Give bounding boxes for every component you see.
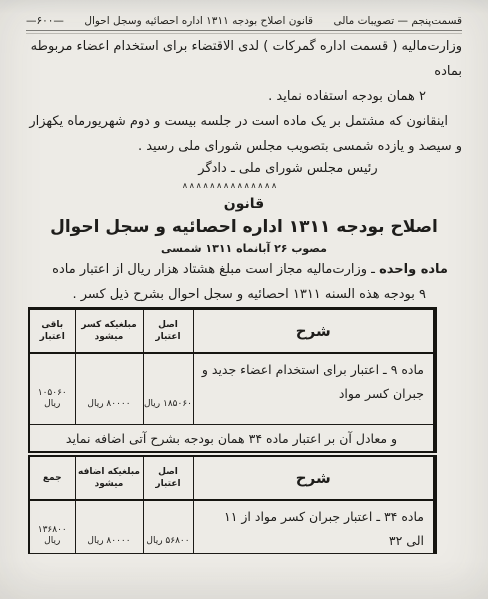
addition-table: شرح اصل اعتبار مبلغیکه اضافه میشود جمع م… <box>28 455 437 554</box>
article-lead: ماده واحده <box>379 262 448 277</box>
deduction-table-header-row: شرح اصل اعتبار مبلغیکه کسر میشود باقی اع… <box>29 309 435 353</box>
col-header-amount-added: مبلغیکه اضافه میشود <box>75 456 143 500</box>
addition-total-cell: ۱۳۶۸۰۰ ریال <box>29 500 75 554</box>
col-header-description2: شرح <box>193 456 435 500</box>
addition-description-cell: ماده ۳۴ ـ اعتبار جبران کسر مواد از ۱۱ ال… <box>193 500 435 554</box>
header-section-label: قسمت‌پنجم — تصویبات مالی <box>333 15 462 27</box>
header-law-title: قانون اصلاح بودجه ۱۳۱۱ اداره احصائیه وسج… <box>84 15 313 27</box>
addition-amount-cell: ۸۰۰۰۰ ریال <box>75 500 143 554</box>
running-header: قسمت‌پنجم — تصویبات مالی قانون اصلاح بود… <box>26 15 462 27</box>
deduction-original-credit-cell: ۱۸۵۰۶۰ ریال <box>143 353 193 425</box>
paragraph2-line2: و سیصد و یازده شمسی بتصویب مجلس شورای مل… <box>26 134 462 159</box>
deduction-amount-cell: ۸۰۰۰۰ ریال <box>75 353 143 425</box>
addition-description-line2: الی ۳۲ <box>198 529 425 553</box>
paragraph1-line2: ۲ همان بودجه استفاده نماید . <box>26 84 462 109</box>
signature-line: رئیس مجلس شورای ملی ـ دادگر <box>114 159 462 179</box>
addition-table-row: ماده ۳۴ ـ اعتبار جبران کسر مواد از ۱۱ ال… <box>29 500 435 554</box>
paragraph2-line1: اینقانون که مشتمل بر یک ماده است در جلسه… <box>26 109 462 134</box>
col-header-description: شرح <box>193 309 435 353</box>
deduction-description-line1: ماده ۹ ـ اعتبار برای استخدام اعضاء جدید … <box>198 358 425 382</box>
deduction-table-footer-note: و معادل آن بر اعتبار ماده ۳۴ همان بودجه … <box>29 425 435 453</box>
deduction-table-footer-row: و معادل آن بر اعتبار ماده ۳۴ همان بودجه … <box>29 425 435 453</box>
zigzag-divider-ornament: ∧∧∧∧∧∧∧∧∧∧∧∧∧∧ <box>26 181 434 191</box>
col-header-original-credit: اصل اعتبار <box>143 309 193 353</box>
deduction-table-row: ماده ۹ ـ اعتبار برای استخدام اعضاء جدید … <box>29 353 435 425</box>
addition-original-credit-cell: ۵۶۸۰۰ ریال <box>143 500 193 554</box>
header-page-number: —۶۰۰— <box>26 15 64 27</box>
article-line1: ماده واحده ـ وزارت‌مالیه مجاز است مبلغ ه… <box>26 257 462 282</box>
law-kicker: قانون <box>26 195 462 213</box>
deduction-remaining-cell: ۱۰۵۰۶۰ ریال <box>29 353 75 425</box>
law-subtitle: مصوب ۲۶ آبانماه ۱۳۱۱ شمسی <box>26 241 462 257</box>
scanned-document-page: قسمت‌پنجم — تصویبات مالی قانون اصلاح بود… <box>0 0 488 599</box>
addition-description-line1: ماده ۳۴ ـ اعتبار جبران کسر مواد از ۱۱ <box>198 505 425 529</box>
paragraph1-line1: وزارت‌مالیه ( قسمت اداره گمرکات ) لدی ال… <box>26 34 462 84</box>
deduction-table: شرح اصل اعتبار مبلغیکه کسر میشود باقی اع… <box>28 307 437 453</box>
deduction-description-cell: ماده ۹ ـ اعتبار برای استخدام اعضاء جدید … <box>193 353 435 425</box>
deduction-description-line2: جبران کسر مواد <box>198 382 425 406</box>
col-header-amount-deducted: مبلغیکه کسر میشود <box>75 309 143 353</box>
law-title: اصلاح بودجه ۱۳۱۱ اداره احصائیه و سجل احو… <box>26 215 462 239</box>
article-line2: ۹ بودجه هذه السنه ۱۳۱۱ احصائیه و سجل احو… <box>26 282 462 307</box>
col-header-original-credit2: اصل اعتبار <box>143 456 193 500</box>
col-header-remaining-credit: باقی اعتبار <box>29 309 75 353</box>
article-rest: ـ وزارت‌مالیه مجاز است مبلغ هشتاد هزار ر… <box>52 262 379 277</box>
addition-table-header-row: شرح اصل اعتبار مبلغیکه اضافه میشود جمع <box>29 456 435 500</box>
col-header-total: جمع <box>29 456 75 500</box>
